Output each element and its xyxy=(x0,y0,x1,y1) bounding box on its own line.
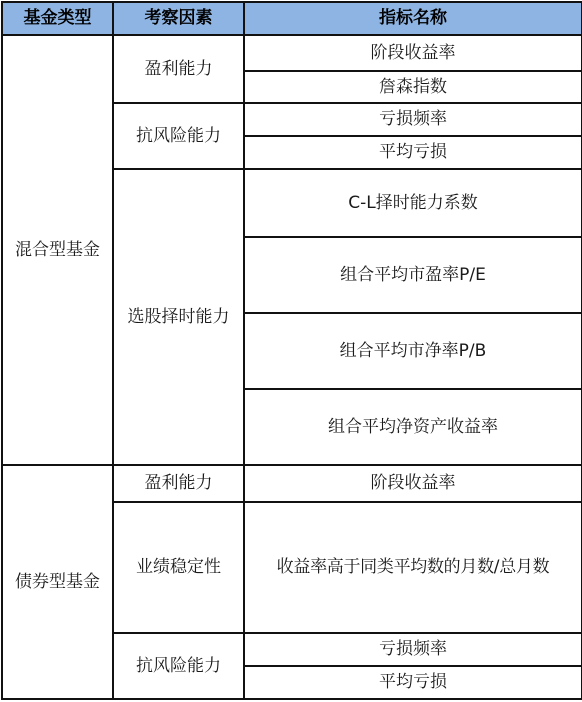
table-row: 混合型基金 盈利能力 阶段收益率 xyxy=(2,35,582,71)
metric-cell: 阶段收益率 xyxy=(244,465,582,502)
metric-cell: 组合平均净资产收益率 xyxy=(244,389,582,465)
metric-cell: 亏损频率 xyxy=(244,103,582,136)
factor-cell: 抗风险能力 xyxy=(113,633,244,699)
header-fund-type: 基金类型 xyxy=(2,2,113,35)
factor-cell: 业绩稳定性 xyxy=(113,502,244,633)
factor-cell: 抗风险能力 xyxy=(113,103,244,169)
fund-type-cell: 债券型基金 xyxy=(2,465,113,699)
metric-cell: 收益率高于同类平均数的月数/总月数 xyxy=(244,502,582,633)
fund-type-cell: 混合型基金 xyxy=(2,35,113,465)
metric-cell: 组合平均市盈率P/E xyxy=(244,237,582,313)
factor-cell: 选股择时能力 xyxy=(113,169,244,465)
table-row: 债券型基金 盈利能力 阶段收益率 xyxy=(2,465,582,502)
metric-cell: 阶段收益率 xyxy=(244,35,582,71)
header-row: 基金类型 考察因素 指标名称 xyxy=(2,2,582,35)
metric-cell: 詹森指数 xyxy=(244,71,582,103)
header-metric: 指标名称 xyxy=(244,2,582,35)
factor-cell: 盈利能力 xyxy=(113,35,244,103)
metric-cell: 亏损频率 xyxy=(244,633,582,666)
fund-evaluation-table: 基金类型 考察因素 指标名称 混合型基金 盈利能力 阶段收益率 詹森指数 抗风险… xyxy=(1,1,582,700)
header-factor: 考察因素 xyxy=(113,2,244,35)
metric-cell: 组合平均市净率P/B xyxy=(244,313,582,389)
metric-cell: 平均亏损 xyxy=(244,136,582,169)
metric-cell: C-L择时能力系数 xyxy=(244,169,582,237)
factor-cell: 盈利能力 xyxy=(113,465,244,502)
metric-cell: 平均亏损 xyxy=(244,666,582,699)
